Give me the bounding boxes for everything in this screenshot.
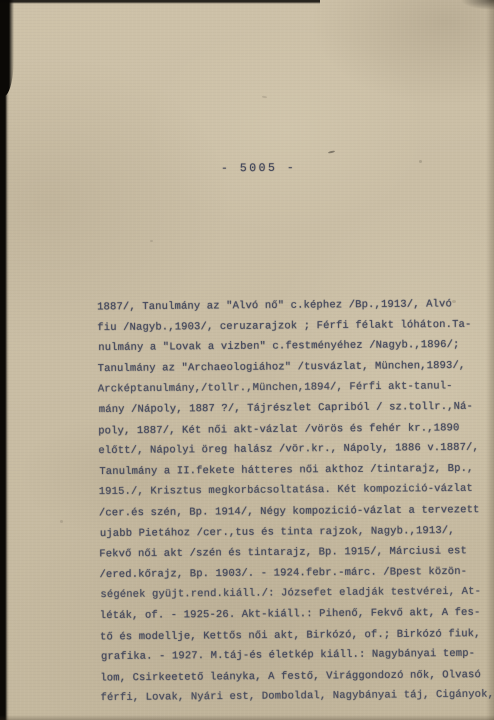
paper-speck: [150, 240, 153, 242]
paper-speck: [419, 160, 422, 163]
scanned-document-page: - 5005 - 1887/, Tanulmány az "Alvó nő" c…: [0, 0, 494, 720]
scan-edge-bottom-shadow: [0, 715, 494, 720]
text-line: poly, 1887/, Két női akt-vázlat /vörös é…: [98, 418, 490, 442]
scan-edge-left: [0, 0, 9, 720]
text-line: 1915./, Krisztus megkorbácsoltatása. Két…: [99, 479, 491, 503]
text-line: léták, of. - 1925-26. Akt-kiáll.: Pihenő…: [100, 602, 492, 626]
text-line: grafika. - 1927. M.táj-és életkép kiáll.…: [101, 644, 493, 668]
typewritten-text-block: 1887/, Tanulmány az "Alvó nő" c.képhez /…: [97, 294, 493, 709]
text-line: 1887/, Tanulmány az "Alvó nő" c.képhez /…: [97, 294, 489, 318]
text-line: Fekvő női akt /szén és tintarajz, Bp. 19…: [99, 541, 491, 565]
text-line: ujabb Pietához /cer.,tus és tinta rajzok…: [100, 520, 492, 544]
paper-speck: [60, 520, 63, 523]
text-line: ségének gyüjt.rend.kiáll./: Józsefet ela…: [100, 582, 492, 606]
text-line: nulmány a "Lovak a vizben" c.festményéhe…: [98, 335, 490, 359]
page-number: - 5005 -: [221, 162, 296, 176]
text-line: Tanulmány az "Archaeologiához" /tusvázla…: [98, 355, 490, 379]
scan-edge-top: [0, 0, 320, 4]
text-line: mány /Nápoly, 1887 ?/, Tájrészlet Caprib…: [99, 397, 491, 421]
text-line: férfi, Lovak, Nyári est, Domboldal, Nagy…: [100, 685, 492, 709]
